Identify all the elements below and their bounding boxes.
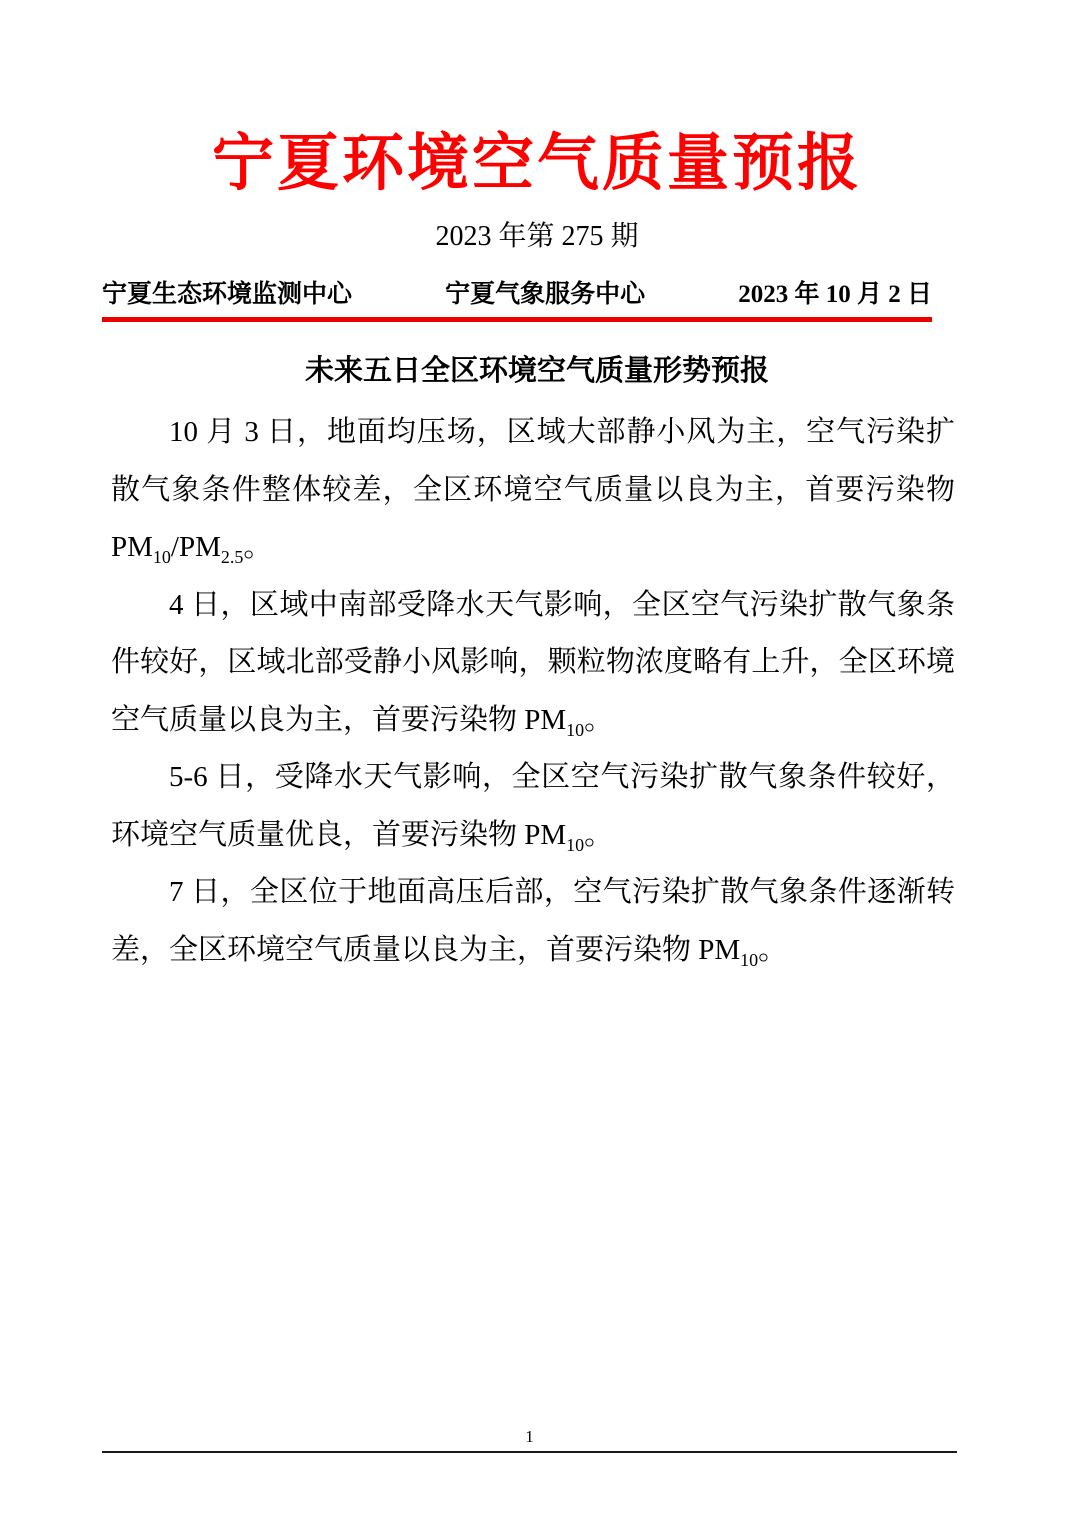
issue-number: 2023 年第 275 期 xyxy=(0,220,1074,254)
forecast-body: 10 月 3 日，地面均压场，区域大部静小风为主，空气污染扩散气象条件整体较差，… xyxy=(111,404,955,979)
issuing-org-center: 宁夏气象服务中心 xyxy=(445,279,645,310)
page-number: 1 xyxy=(102,1426,957,1447)
red-divider-line xyxy=(102,317,932,322)
paragraph-oct-5-6: 5-6 日，受降水天气影响，全区空气污染扩散气象条件较好，环境空气质量优良，首要… xyxy=(111,749,955,864)
paragraph-oct-7: 7 日，全区位于地面高压后部，空气污染扩散气象条件逐渐转差，全区环境空气质量以良… xyxy=(111,864,955,979)
page-footer: 1 xyxy=(102,1426,957,1453)
section-heading: 未来五日全区环境空气质量形势预报 xyxy=(0,353,1074,389)
issuing-org-left: 宁夏生态环境监测中心 xyxy=(102,279,352,310)
document-page: 宁夏环境空气质量预报 2023 年第 275 期 宁夏生态环境监测中心 宁夏气象… xyxy=(0,0,1074,1520)
paragraph-oct-3: 10 月 3 日，地面均压场，区域大部静小风为主，空气污染扩散气象条件整体较差，… xyxy=(111,404,955,577)
paragraph-oct-4: 4 日，区域中南部受降水天气影响，全区空气污染扩散气象条件较好，区域北部受静小风… xyxy=(111,577,955,750)
issue-date: 2023 年 10 月 2 日 xyxy=(738,279,932,310)
header-row: 宁夏生态环境监测中心 宁夏气象服务中心 2023 年 10 月 2 日 xyxy=(102,279,932,310)
document-title: 宁夏环境空气质量预报 xyxy=(0,127,1074,201)
footer-line xyxy=(102,1451,957,1453)
